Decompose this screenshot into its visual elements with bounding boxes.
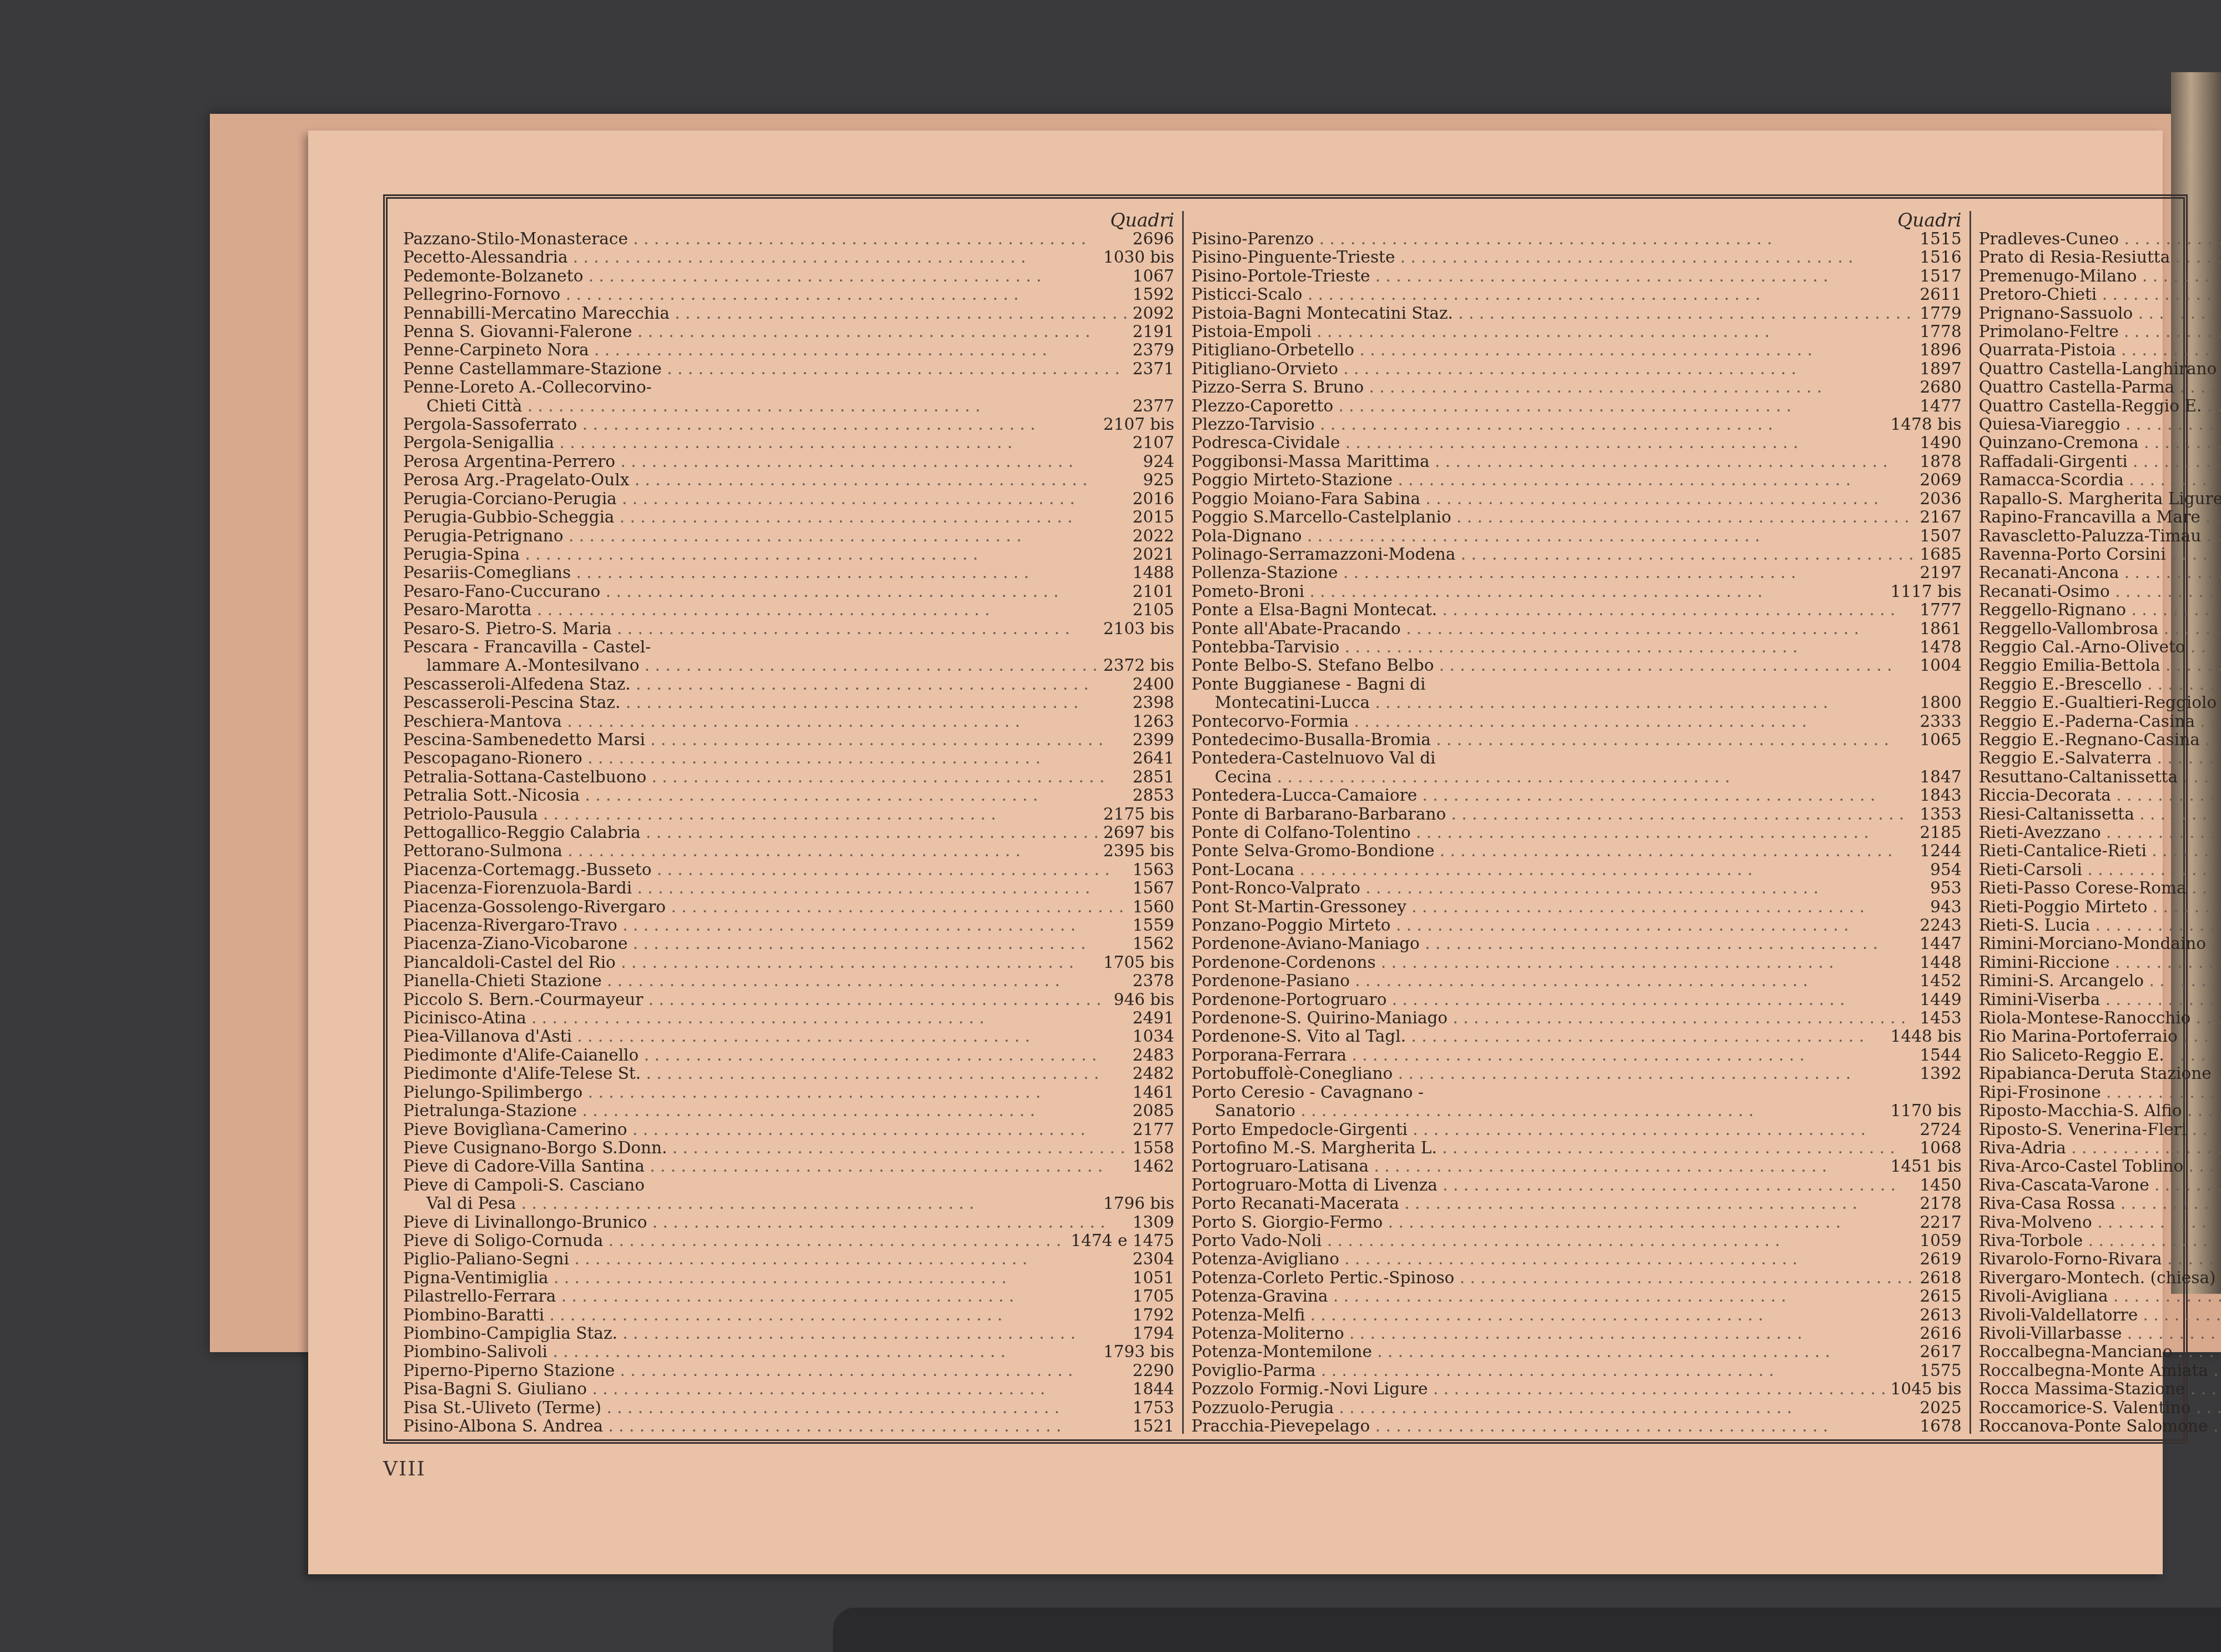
table-number: 2482	[1128, 1064, 1174, 1083]
table-number: 1521	[1128, 1417, 1174, 1435]
table-number: 1449	[1916, 991, 1962, 1009]
station-name: Ravenna-Porto Corsini	[1979, 545, 2221, 564]
station-name: Pozzuolo-Perugia	[1192, 1399, 1916, 1417]
index-entry: Reggio E.-Salvaterra1632 bis	[1979, 749, 2221, 767]
index-entry: Potenza-Avigliano2619	[1192, 1250, 1962, 1268]
station-name: Porporana-Ferrara	[1192, 1046, 1916, 1064]
table-number: 2290	[1128, 1362, 1174, 1380]
index-entry: Resuttano-Caltanissetta2791	[1979, 768, 2221, 786]
table-number: 1451 bis	[1886, 1157, 1962, 1176]
table-number: 1705 bis	[1099, 953, 1174, 972]
table-number: 2069	[1916, 471, 1962, 489]
index-entry: Piacenza-Rivergaro-Travo1559	[403, 916, 1174, 935]
index-entry: Pigna-Ventimiglia1051	[403, 1269, 1174, 1287]
station-name: Pracchia-Pievepelago	[1192, 1417, 1916, 1435]
index-entry: Pontedera-Castelnuovo Val di	[1192, 749, 1962, 767]
index-entry: Ponte di Colfano-Tolentino2185	[1192, 824, 1962, 842]
station-name: Pisino-Portole-Trieste	[1192, 267, 1916, 285]
table-number: 1562	[1128, 935, 1174, 953]
station-name: Pescina-Sambenedetto Marsi	[403, 731, 1128, 749]
table-number: 1792	[1128, 1306, 1174, 1324]
station-name: Porto Recanati-Macerata	[1192, 1194, 1916, 1213]
station-name: Pieve di Soligo-Cornuda	[403, 1232, 1066, 1250]
station-name: Plezzo-Tarvisio	[1192, 415, 1886, 434]
table-number: 2483	[1128, 1046, 1174, 1064]
index-entry: Pellegrino-Fornovo1592	[403, 285, 1174, 304]
table-number: 2399	[1128, 731, 1174, 749]
page-number: VIII	[383, 1458, 426, 1480]
index-entry: Reggio Emilia-Bettola1632	[1979, 656, 2221, 675]
index-entry: Roccalbegna-Monte Amiata1893	[1979, 1362, 2221, 1380]
index-entry: Pordenone-S. Quirino-Maniago1453	[1192, 1009, 1962, 1027]
index-entry: Riesi-Caltanissetta2790	[1979, 805, 2221, 824]
index-entry: Pisticci-Scalo2611	[1192, 285, 1962, 304]
table-number: 1793 bis	[1099, 1343, 1174, 1361]
station-name: Rimini-Morciano-Mondaino	[1979, 935, 2221, 953]
index-entry: Chieti Città2377	[403, 397, 1174, 415]
station-name: Pianella-Chieti Stazione	[403, 972, 1128, 990]
index-entry: Petralia Sott.-Nicosia2853	[403, 786, 1174, 805]
table-number: 2243	[1916, 916, 1962, 935]
index-entry: Pometo-Broni1117 bis	[1192, 583, 1962, 601]
index-entry: Pisino-Portole-Trieste1517	[1192, 267, 1962, 285]
station-name: Pont-Locana	[1192, 861, 1926, 879]
station-name: Polinago-Serramazzoni-Modena	[1192, 545, 1916, 564]
station-name: Penne-Loreto A.-Collecorvino-	[403, 378, 1170, 396]
index-entry: Pescara - Francavilla - Castel-	[403, 638, 1174, 656]
station-name: Rieti-Cantalice-Rieti	[1979, 842, 2221, 860]
index-entry: Ponte di Barbarano-Barbarano1353	[1192, 805, 1962, 824]
index-entry: Potenza-Moliterno2616	[1192, 1324, 1962, 1343]
station-name: Piombino-Salivoli	[403, 1343, 1099, 1361]
table-number: 2197	[1916, 564, 1962, 582]
index-entry: Ponzano-Poggio Mirteto2243	[1192, 916, 1962, 935]
station-name: Pitigliano-Orvieto	[1192, 360, 1916, 378]
table-number	[1170, 638, 1174, 656]
station-name: Roccalbegna-Monte Amiata	[1979, 1362, 2221, 1380]
index-entry: Piccolo S. Bern.-Courmayeur946 bis	[403, 991, 1174, 1009]
index-entry: Reggio Cal.-Arno-Oliveto2696 bis	[1979, 638, 2221, 656]
station-name: Pordenone-S. Quirino-Maniago	[1192, 1009, 1916, 1027]
index-entry: Roccamorice-S. Valentino2405	[1979, 1399, 2221, 1417]
index-entry: Potenza-Montemilone2617	[1192, 1343, 1962, 1361]
table-number: 2400	[1128, 675, 1174, 694]
index-entry: Penne Castellammare-Stazione2371	[403, 360, 1174, 378]
station-name: lammare A.-Montesilvano	[403, 656, 1099, 675]
station-name: Piperno-Piperno Stazione	[403, 1362, 1128, 1380]
index-entry: Piacenza-Cortemagg.-Busseto1563	[403, 861, 1174, 879]
index-entry: Poggio S.Marcello-Castelplanio2167	[1192, 508, 1962, 526]
station-name: Pettogallico-Reggio Calabria	[403, 824, 1099, 842]
station-name: Piacenza-Rivergaro-Travo	[403, 916, 1128, 935]
index-entry: Potenza-Melfi2613	[1192, 1306, 1962, 1324]
index-entry: Pordenone-Pasiano1452	[1192, 972, 1962, 990]
station-name: Pisino-Pinguente-Trieste	[1192, 248, 1916, 267]
index-table: QuadriPazzano-Stilo-Monasterace2696Pecet…	[383, 194, 2188, 1444]
station-name: Pazzano-Stilo-Monasterace	[403, 230, 1128, 248]
table-number: 2378	[1128, 972, 1174, 990]
table-number: 946 bis	[1109, 991, 1174, 1009]
index-entry: Pieve di Livinallongo-Brunico1309	[403, 1213, 1174, 1232]
station-name: Pordenone-Aviano-Maniago	[1192, 935, 1916, 953]
table-number: 2025	[1916, 1399, 1962, 1417]
station-name: Roccalbegna-Manciano	[1979, 1343, 2221, 1361]
index-entry: Ponte all'Abate-Pracando1861	[1192, 620, 1962, 638]
station-name: Sanatorio	[1192, 1102, 1886, 1120]
station-name: Piacenza-Fiorenzuola-Bardi	[403, 879, 1128, 897]
station-name: Resuttano-Caltanissetta	[1979, 768, 2221, 786]
station-name: Quiesa-Viareggio	[1979, 415, 2221, 434]
station-name: Pesaro-Marotta	[403, 601, 1128, 619]
index-entry: Pergola-Senigallia2107	[403, 434, 1174, 452]
table-number: 1117 bis	[1886, 583, 1962, 601]
table-number: 2395 bis	[1099, 842, 1174, 860]
station-name: Pontebba-Tarvisio	[1192, 638, 1916, 656]
station-name: Poggio Mirteto-Stazione	[1192, 471, 1916, 489]
index-entry: Ripabianca-Deruta Stazione2024 bis	[1979, 1064, 2221, 1083]
index-entry: Pistoia-Empoli1778	[1192, 323, 1962, 341]
index-entry: Pescina-Sambenedetto Marsi2399	[403, 731, 1174, 749]
table-number: 2615	[1916, 1287, 1962, 1305]
table-number: 1477	[1916, 397, 1962, 415]
index-entry: Pietralunga-Stazione2085	[403, 1102, 1174, 1120]
station-name: Pescasseroli-Pescina Staz.	[403, 694, 1128, 712]
station-name: Pistoia-Empoli	[1192, 323, 1916, 341]
station-name: Pielungo-Spilimbergo	[403, 1083, 1128, 1102]
index-entry: Reggio E.-Regnano-Casina1623	[1979, 731, 2221, 749]
index-entry: Pozzuolo-Perugia2025	[1192, 1399, 1962, 1417]
index-entry: Pistoia-Bagni Montecatini Staz.1779	[1192, 304, 1962, 323]
index-entry: Reggello-Rignano1773	[1979, 601, 2221, 619]
station-name: Pola-Dignano	[1192, 527, 1916, 545]
index-entry: Perugia-Gubbio-Scheggia2015	[403, 508, 1174, 526]
table-number: 924	[1139, 453, 1174, 471]
table-number: 1559	[1128, 916, 1174, 935]
station-name: Pisino-Parenzo	[1192, 230, 1916, 248]
station-name: Pescasseroli-Alfedena Staz.	[403, 675, 1128, 694]
station-name: Pistoia-Bagni Montecatini Staz.	[1192, 304, 1916, 323]
index-entry: Pont-Locana954	[1192, 861, 1962, 879]
station-name: Potenza-Moliterno	[1192, 1324, 1916, 1343]
station-name: Piombino-Campiglia Staz.	[403, 1324, 1128, 1343]
station-name: Pellegrino-Fornovo	[403, 285, 1128, 304]
index-entry: Premenugo-Milano1104	[1979, 267, 2221, 285]
station-name: Reggio E.-Brescello	[1979, 675, 2221, 694]
index-entry: Riva-Cascata-Varone1335	[1979, 1176, 2221, 1194]
index-entry: Rimini-Riccione1717	[1979, 953, 2221, 972]
table-number: 2618	[1916, 1269, 1962, 1287]
index-entry: Recanati-Osimo2172	[1979, 583, 2221, 601]
station-name: Riesi-Caltanissetta	[1979, 805, 2221, 824]
station-name: Pieve Boviglìana-Camerino	[403, 1121, 1128, 1139]
index-entry: Rivarolo-Forno-Rivara930	[1979, 1250, 2221, 1268]
index-entry: Rieti-Cantalice-Rieti2076	[1979, 842, 2221, 860]
table-number: 1592	[1128, 285, 1174, 304]
station-name: Rimini-S. Arcangelo	[1979, 972, 2221, 990]
table-number: 1800	[1916, 694, 1962, 712]
station-name: Reggio E.-Regnano-Casina	[1979, 731, 2221, 749]
index-entry: Pazzano-Stilo-Monasterace2696	[403, 230, 1174, 248]
station-name: Pennabilli-Mercatino Marecchia	[403, 304, 1128, 323]
table-number: 1685	[1916, 545, 1962, 564]
station-name: Pont St-Martin-Gressoney	[1192, 898, 1926, 916]
index-entry: Riposto-Macchia-S. Alfio2780	[1979, 1102, 2221, 1120]
index-entry: Piancaldoli-Castel del Rio1705 bis	[403, 953, 1174, 972]
table-number: 1244	[1916, 842, 1962, 860]
table-number: 1544	[1916, 1046, 1962, 1064]
station-name: Petralia Sott.-Nicosia	[403, 786, 1128, 805]
index-entry: Riola-Montese-Ranocchio1675	[1979, 1009, 2221, 1027]
station-name: Rapallo-S. Margherita Ligure	[1979, 490, 2221, 508]
index-entry: Roccalbegna-Manciano1894	[1979, 1343, 2221, 1361]
table-number: 1045 bis	[1886, 1380, 1962, 1398]
index-entry: Piedimonte d'Alife-Caianello2483	[403, 1046, 1174, 1064]
table-number: 2371	[1128, 360, 1174, 378]
station-name: Potenza-Corleto Pertic.-Spinoso	[1192, 1269, 1916, 1287]
index-entry: Quiesa-Viareggio1875	[1979, 415, 2221, 434]
index-entry: Pontebba-Tarvisio1478	[1192, 638, 1962, 656]
table-number: 1034	[1128, 1027, 1174, 1046]
station-name: Cecina	[1192, 768, 1916, 786]
table-number: 1516	[1916, 248, 1962, 267]
station-name: Piacenza-Cortemagg.-Busseto	[403, 861, 1128, 879]
table-number: 2398	[1128, 694, 1174, 712]
table-number	[1170, 1176, 1174, 1194]
station-name: Pordenone-Cordenons	[1192, 953, 1916, 972]
station-name: Piea-Villanova d'Asti	[403, 1027, 1128, 1046]
station-name: Pesariis-Comeglians	[403, 564, 1128, 582]
index-entry: Ripi-Frosinone2297	[1979, 1083, 2221, 1102]
station-name: Ripi-Frosinone	[1979, 1083, 2221, 1102]
index-entry: Pontecorvo-Formia2333	[1192, 712, 1962, 731]
station-name: Perugia-Petrignano	[403, 527, 1128, 545]
table-number: 1309	[1128, 1213, 1174, 1232]
station-name: Pometo-Broni	[1192, 583, 1886, 601]
table-number: 1392	[1916, 1064, 1962, 1083]
index-entry: Pisa St.-Uliveto (Terme)1753	[403, 1399, 1174, 1417]
table-number: 2217	[1916, 1213, 1962, 1232]
station-name: Ponte a Elsa-Bagni Montecat.	[1192, 601, 1916, 619]
index-entry: Poggio Mirteto-Stazione2069	[1192, 471, 1962, 489]
station-name: Chieti Città	[403, 397, 1128, 415]
index-entry: Quarrata-Pistoia1775	[1979, 341, 2221, 359]
index-entry: Pollenza-Stazione2197	[1192, 564, 1962, 582]
table-number: 1575	[1916, 1362, 1962, 1380]
index-entry: Prato di Resia-Resiutta1308	[1979, 248, 2221, 267]
station-name: Roccanova-Ponte Salomone	[1979, 1417, 2221, 1435]
station-name: Quinzano-Cremona	[1979, 434, 2221, 452]
table-number: 1777	[1916, 601, 1962, 619]
index-entry: Reggello-Vallombrosa1763 bis	[1979, 620, 2221, 638]
station-name: Perugia-Gubbio-Scheggia	[403, 508, 1128, 526]
station-name: Poviglio-Parma	[1192, 1362, 1916, 1380]
index-entry: Pieve di Soligo-Cornuda1474 e 1475	[403, 1232, 1174, 1250]
table-number: 2092	[1128, 304, 1174, 323]
station-name: Prato di Resia-Resiutta	[1979, 248, 2221, 267]
table-number: 2177	[1128, 1121, 1174, 1139]
station-name: Picinisco-Atina	[403, 1009, 1128, 1027]
index-entry: Pieve Cusignano-Borgo S.Donn.1558	[403, 1139, 1174, 1157]
index-entry: Sanatorio1170 bis	[1192, 1102, 1962, 1120]
station-name: Pieve di Livinallongo-Brunico	[403, 1213, 1128, 1232]
table-number: 1067	[1128, 267, 1174, 285]
quadri-header: Quadri	[1192, 211, 1962, 230]
station-name: Portofino M.-S. Margherita L.	[1192, 1139, 1916, 1157]
table-number: 2022	[1128, 527, 1174, 545]
table-number: 2304	[1128, 1250, 1174, 1268]
station-name: Riva-Molveno	[1979, 1213, 2221, 1232]
station-name: Riola-Montese-Ranocchio	[1979, 1009, 2221, 1027]
station-name: Porto S. Giorgio-Fermo	[1192, 1213, 1916, 1232]
station-name: Pisino-Albona S. Andrea	[403, 1417, 1128, 1435]
index-entry: Pordenone-Portogruaro1449	[1192, 991, 1962, 1009]
table-number: 2491	[1128, 1009, 1174, 1027]
station-name: Rio Saliceto-Reggio E.	[1979, 1046, 2221, 1064]
index-entry: Plezzo-Tarvisio1478 bis	[1192, 415, 1962, 434]
index-entry: Potenza-Corleto Pertic.-Spinoso2618	[1192, 1269, 1962, 1287]
station-name: Ponte Buggianese - Bagni di	[1192, 675, 1957, 694]
table-number: 943	[1926, 898, 1961, 916]
index-entry: Penne-Loreto A.-Collecorvino-	[403, 378, 1174, 396]
index-entry: Reggio E.-Brescello1624	[1979, 675, 2221, 694]
index-entry: Rieti-Avezzano2078	[1979, 824, 2221, 842]
column-3: QuadriPradleves-Cuneo1024Prato di Resia-…	[1971, 211, 2221, 1434]
table-number: 2085	[1128, 1102, 1174, 1120]
index-entry: Pianella-Chieti Stazione2378	[403, 972, 1174, 990]
index-entry: Piperno-Piperno Stazione2290	[403, 1362, 1174, 1380]
station-name: Pontedecimo-Busalla-Bromia	[1192, 731, 1916, 749]
table-number: 1843	[1916, 786, 1962, 805]
table-number: 2107	[1128, 434, 1174, 452]
table-number: 1474 e 1475	[1066, 1232, 1174, 1250]
index-entry: Rocca Massima-Stazione2308	[1979, 1380, 2221, 1398]
index-entry: Pisino-Pinguente-Trieste1516	[1192, 248, 1962, 267]
index-entry: Reggio E.-Paderna-Casina1622	[1979, 712, 2221, 731]
index-entry: Piombino-Baratti1792	[403, 1306, 1174, 1324]
index-entry: Rivoli-Valdellatorre913	[1979, 1306, 2221, 1324]
table-number: 1517	[1916, 267, 1962, 285]
table-number: 1065	[1916, 731, 1962, 749]
index-entry: Pola-Dignano1507	[1192, 527, 1962, 545]
table-number: 2101	[1128, 583, 1174, 601]
index-entry: lammare A.-Montesilvano2372 bis	[403, 656, 1174, 675]
station-name: Pesaro-S. Pietro-S. Maria	[403, 620, 1099, 638]
station-name: Reggio Cal.-Arno-Oliveto	[1979, 638, 2221, 656]
index-entry: Pieve di Campoli-S. Casciano	[403, 1176, 1174, 1194]
station-name: Piombino-Baratti	[403, 1306, 1128, 1324]
station-name: Montecatini-Lucca	[1192, 694, 1916, 712]
index-entry: Perugia-Corciano-Perugia2016	[403, 490, 1174, 508]
index-entry: Ponte a Elsa-Bagni Montecat.1777	[1192, 601, 1962, 619]
index-entry: Pordenone-Aviano-Maniago1447	[1192, 935, 1962, 953]
index-entry: Perugia-Petrignano2022	[403, 527, 1174, 545]
index-entry: Riva-Torbole1334 bis	[1979, 1232, 2221, 1250]
index-entry: Pisa-Bagni S. Giuliano1844	[403, 1380, 1174, 1398]
table-number: 2036	[1916, 490, 1962, 508]
index-entry: Pizzo-Serra S. Bruno2680	[1192, 378, 1962, 396]
index-entry: Penne-Carpineto Nora2379	[403, 341, 1174, 359]
table-number: 1563	[1128, 861, 1174, 879]
station-name: Rapino-Francavilla a Mare	[1979, 508, 2221, 526]
table-number: 1448	[1916, 953, 1962, 972]
station-name: Pozzolo Formig.-Novi Ligure	[1192, 1380, 1886, 1398]
station-name: Pretoro-Chieti	[1979, 285, 2221, 304]
table-number: 1778	[1916, 323, 1962, 341]
table-number: 1478	[1916, 638, 1962, 656]
station-name: Pieve Cusignano-Borgo S.Donn.	[403, 1139, 1128, 1157]
station-name: Perugia-Corciano-Perugia	[403, 490, 1128, 508]
index-entry: Roccanova-Ponte Salomone2637 bis	[1979, 1417, 2221, 1435]
table-number: 1263	[1128, 712, 1174, 731]
station-name: Pizzo-Serra S. Bruno	[1192, 378, 1916, 396]
station-name: Piancaldoli-Castel del Rio	[403, 953, 1099, 972]
station-name: Quarrata-Pistoia	[1979, 341, 2221, 359]
table-number: 2613	[1916, 1306, 1962, 1324]
station-name: Piedimonte d'Alife-Caianello	[403, 1046, 1128, 1064]
table-number: 1068	[1916, 1139, 1962, 1157]
table-number	[1957, 1083, 1962, 1102]
station-name: Poggio Moiano-Fara Sabina	[1192, 490, 1916, 508]
index-entry: Primolano-Feltre1345	[1979, 323, 2221, 341]
station-name: Pradleves-Cuneo	[1979, 230, 2221, 248]
station-name: Piacenza-Ziano-Vicobarone	[403, 935, 1128, 953]
index-entry: Portofino M.-S. Margherita L.1068	[1192, 1139, 1962, 1157]
station-name: Ponzano-Poggio Mirteto	[1192, 916, 1916, 935]
table-number	[1957, 749, 1962, 767]
station-name: Penna S. Giovanni-Falerone	[403, 323, 1128, 341]
table-number: 1478 bis	[1886, 415, 1962, 434]
station-name: Raffadali-Girgenti	[1979, 453, 2221, 471]
index-entry: Porporana-Ferrara1544	[1192, 1046, 1962, 1064]
index-entry: Piombino-Salivoli1793 bis	[403, 1343, 1174, 1361]
station-name: Pisa St.-Uliveto (Terme)	[403, 1399, 1128, 1417]
index-entry: Ponte Buggianese - Bagni di	[1192, 675, 1962, 694]
index-entry: Perosa Arg.-Pragelato-Oulx925	[403, 471, 1174, 489]
index-entry: Poviglio-Parma1575	[1192, 1362, 1962, 1380]
station-name: Poggio S.Marcello-Castelplanio	[1192, 508, 1916, 526]
table-number: 2853	[1128, 786, 1174, 805]
index-entry: Piacenza-Fiorenzuola-Bardi1567	[403, 879, 1174, 897]
index-entry: Pettorano-Sulmona2395 bis	[403, 842, 1174, 860]
table-number	[1957, 675, 1962, 694]
index-entry: Rivoli-Villarbasse914	[1979, 1324, 2221, 1343]
station-name: Pordenone-Pasiano	[1192, 972, 1916, 990]
table-number: 1515	[1916, 230, 1962, 248]
index-entry: Pozzolo Formig.-Novi Ligure1045 bis	[1192, 1380, 1962, 1398]
table-number: 1490	[1916, 434, 1962, 452]
table-number: 1861	[1916, 620, 1962, 638]
index-entry: Quinzano-Cremona1205	[1979, 434, 2221, 452]
index-entry: Porto Vado-Noli1059	[1192, 1232, 1962, 1250]
station-name: Prignano-Sassuolo	[1979, 304, 2221, 323]
index-entry: Pracchia-Pievepelago1678	[1192, 1417, 1962, 1435]
table-number: 2105	[1128, 601, 1174, 619]
station-name: Pilastrello-Ferrara	[403, 1287, 1128, 1305]
index-entry: Rieti-S. Lucia2075	[1979, 916, 2221, 935]
index-entry: Porto Ceresio - Cavagnano -	[1192, 1083, 1962, 1102]
index-entry: Quattro Castella-Langhirano1617 bis	[1979, 360, 2221, 378]
index-entry: Rio Marina-Portoferraio1870	[1979, 1027, 2221, 1046]
station-name: Piacenza-Gossolengo-Rivergaro	[403, 898, 1128, 916]
station-name: Petriolo-Pausula	[403, 805, 1099, 824]
index-entry: Piacenza-Gossolengo-Rivergaro1560	[403, 898, 1174, 916]
station-name: Rimini-Riccione	[1979, 953, 2221, 972]
station-name: Rieti-Carsoli	[1979, 861, 2221, 879]
station-name: Piglio-Paliano-Segni	[403, 1250, 1128, 1268]
station-name: Pigna-Ventimiglia	[403, 1269, 1128, 1287]
table-number: 1448 bis	[1886, 1027, 1962, 1046]
table-number: 2175 bis	[1099, 805, 1174, 824]
